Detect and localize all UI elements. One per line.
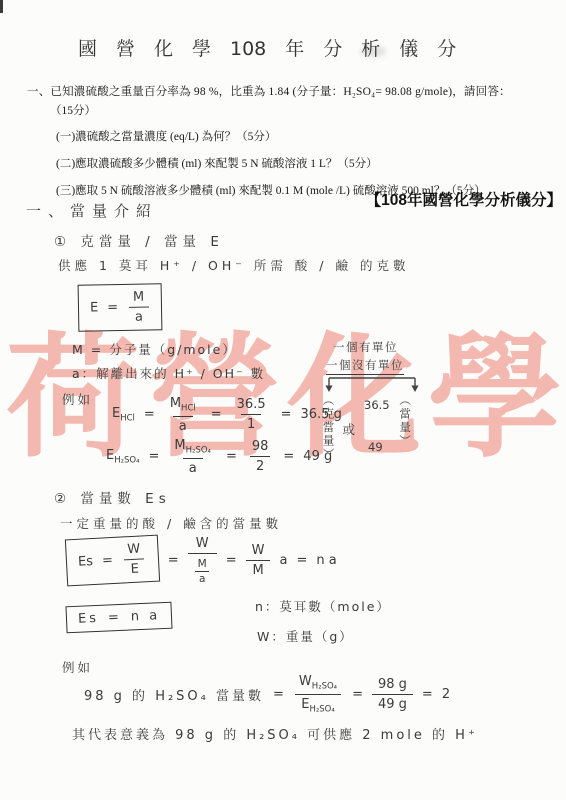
unit-annotation: 一個有單位 一個沒有單位 （克當量） 或 36.5 49 （當量） [320, 339, 446, 462]
formula-lhs: E [90, 300, 98, 315]
definition-n: n：莫耳數（mole） [255, 597, 391, 615]
equation-result: n a [316, 553, 336, 568]
equation-lhs: EHCl [112, 406, 135, 424]
fraction-W-over-E-H2SO4: WH₂SO₄ EH₂SO₄ [293, 674, 343, 714]
equals-sign: = [226, 553, 237, 568]
subsection-1-heading: ① 克當量 / 當量 E [54, 230, 224, 250]
fraction-numerator: 98 [246, 439, 275, 456]
annotation-note-1: 一個有單位 [333, 339, 446, 355]
fraction-numerator: MHCl [164, 396, 202, 416]
question-item-2: (二)應取濃硫酸多少體積 (ml) 來配製 5 N 硫酸溶液 1 L？（5分） [56, 155, 378, 171]
multiplier-a: a [280, 553, 288, 568]
equals-sign: = [283, 449, 294, 464]
question-total-score: （15分） [50, 102, 96, 118]
page-title: 國 營 化 學 108 年 分 析 儀 分 [78, 34, 456, 61]
equals-sign: = [168, 553, 179, 568]
fraction-numerator: MH₂SO₄ [168, 438, 217, 458]
subscript: H₂SO₄ [114, 456, 139, 466]
equals-sign: = [226, 449, 237, 464]
equals-sign: = [281, 407, 292, 422]
or-word: 或 [343, 420, 356, 438]
formula-lhs: Es [78, 554, 94, 570]
scan-edge-mark [0, 0, 3, 13]
equation-E-HCl: EHCl = MHCl a = 36.5 1 = 36.5 g [112, 396, 342, 434]
equation-lhs: EH₂SO₄ [106, 448, 140, 466]
fraction-W-over-E: W E [121, 541, 148, 577]
fraction-numerator: M [127, 289, 151, 306]
equation-Es-chain: Es = W E = W M a = [66, 536, 337, 585]
equation-example-98g: 98 g 的 H₂SO₄ 當量數 = WH₂SO₄ EH₂SO₄ = 98 g … [84, 674, 450, 714]
inner-fraction-M-over-a: M a [194, 558, 211, 585]
fraction-denominator: 1 [241, 414, 261, 432]
example-label-1: 例如 [62, 390, 93, 408]
scanned-note-page: 荷 營 化 學 國 營 化 學 108 年 分 析 儀 分 一、已知濃硫酸之重量… [0, 0, 566, 800]
annotation-values: 36.5 49 [364, 398, 390, 454]
fraction: MHCl a [164, 396, 202, 434]
equals-sign: = [352, 687, 363, 702]
value-36-5: 36.5 [364, 398, 390, 412]
definition-W: W：重量（g） [257, 627, 354, 645]
fraction-denominator: 2 [250, 456, 270, 474]
equals-sign: = [102, 553, 114, 569]
fraction-98-over-49: 98 g 49 g [372, 677, 413, 712]
annotation-note-2: 一個沒有單位 [326, 357, 404, 375]
label-gram-equivalent: （克當量） [322, 394, 334, 462]
fraction-M-over-a: M a [127, 289, 151, 324]
equals-sign: = [296, 553, 307, 568]
equation-result: 2 [442, 687, 450, 702]
label-equivalent: （當量） [399, 394, 411, 448]
value-49: 49 [368, 440, 390, 454]
subsection-1-description: 供應 1 莫耳 H⁺ / OH⁻ 所需 酸 / 鹼 的克數 [58, 256, 409, 274]
question-item-1: (一)濃硫酸之當量濃度 (eq/L) 為何？（5分） [56, 128, 276, 144]
fraction: 36.5 1 [231, 397, 272, 432]
fraction-W-over-M: W M [246, 543, 271, 578]
fraction-denominator: a [183, 458, 203, 476]
subsection-2-description: 一定重量的酸 / 鹼含的當量數 [60, 514, 282, 532]
formula-box-Es-na: Es = n a [65, 602, 172, 634]
fraction-denominator: EH₂SO₄ [295, 694, 341, 715]
question-intro: 一、已知濃硫酸之重量百分率為 98 %，比重為 1.84 (分子量：H₂SO₄=… [27, 83, 561, 99]
fraction-numerator: WH₂SO₄ [293, 674, 343, 694]
equation-E-H2SO4: EH₂SO₄ = MH₂SO₄ a = 98 2 = 49 g [106, 438, 332, 476]
equals-sign: = [273, 687, 284, 702]
equals-sign: = [107, 300, 118, 315]
subsection-2-heading: ② 當量數 Es [54, 487, 171, 507]
bracket-down-arrows [322, 375, 422, 393]
equation-prefix: 98 g 的 H₂SO₄ 當量數 [84, 685, 264, 704]
formula-box-Es: Es = W E [65, 535, 160, 587]
fraction: MH₂SO₄ a [168, 438, 217, 476]
fraction-denominator: a [129, 307, 149, 325]
subscript: HCl [120, 414, 135, 424]
nested-fraction: W M a [188, 536, 217, 585]
definition-a: a：解離出來的 H⁺ / OH⁻ 數 [72, 364, 265, 382]
fraction-denominator: M a [188, 553, 217, 585]
section-heading: 一、當量介紹 [26, 200, 158, 221]
equals-sign: = [149, 449, 160, 464]
equals-sign: = [422, 687, 433, 702]
equals-sign: = [211, 407, 222, 422]
fraction-numerator: 36.5 [231, 397, 272, 414]
definition-M: M = 分子量（g/mole） [72, 340, 237, 358]
equals-sign: = [144, 407, 155, 422]
fraction-denominator: a [173, 416, 193, 434]
conclusion-line: 其代表意義為 98 g 的 H₂SO₄ 可供應 2 mole 的 H⁺ [72, 724, 478, 743]
fraction: 98 2 [246, 439, 275, 474]
formula-box-E: E = M a [78, 283, 163, 331]
exam-source-tag: 【108年國營化學分析儀分】 [300, 188, 562, 210]
